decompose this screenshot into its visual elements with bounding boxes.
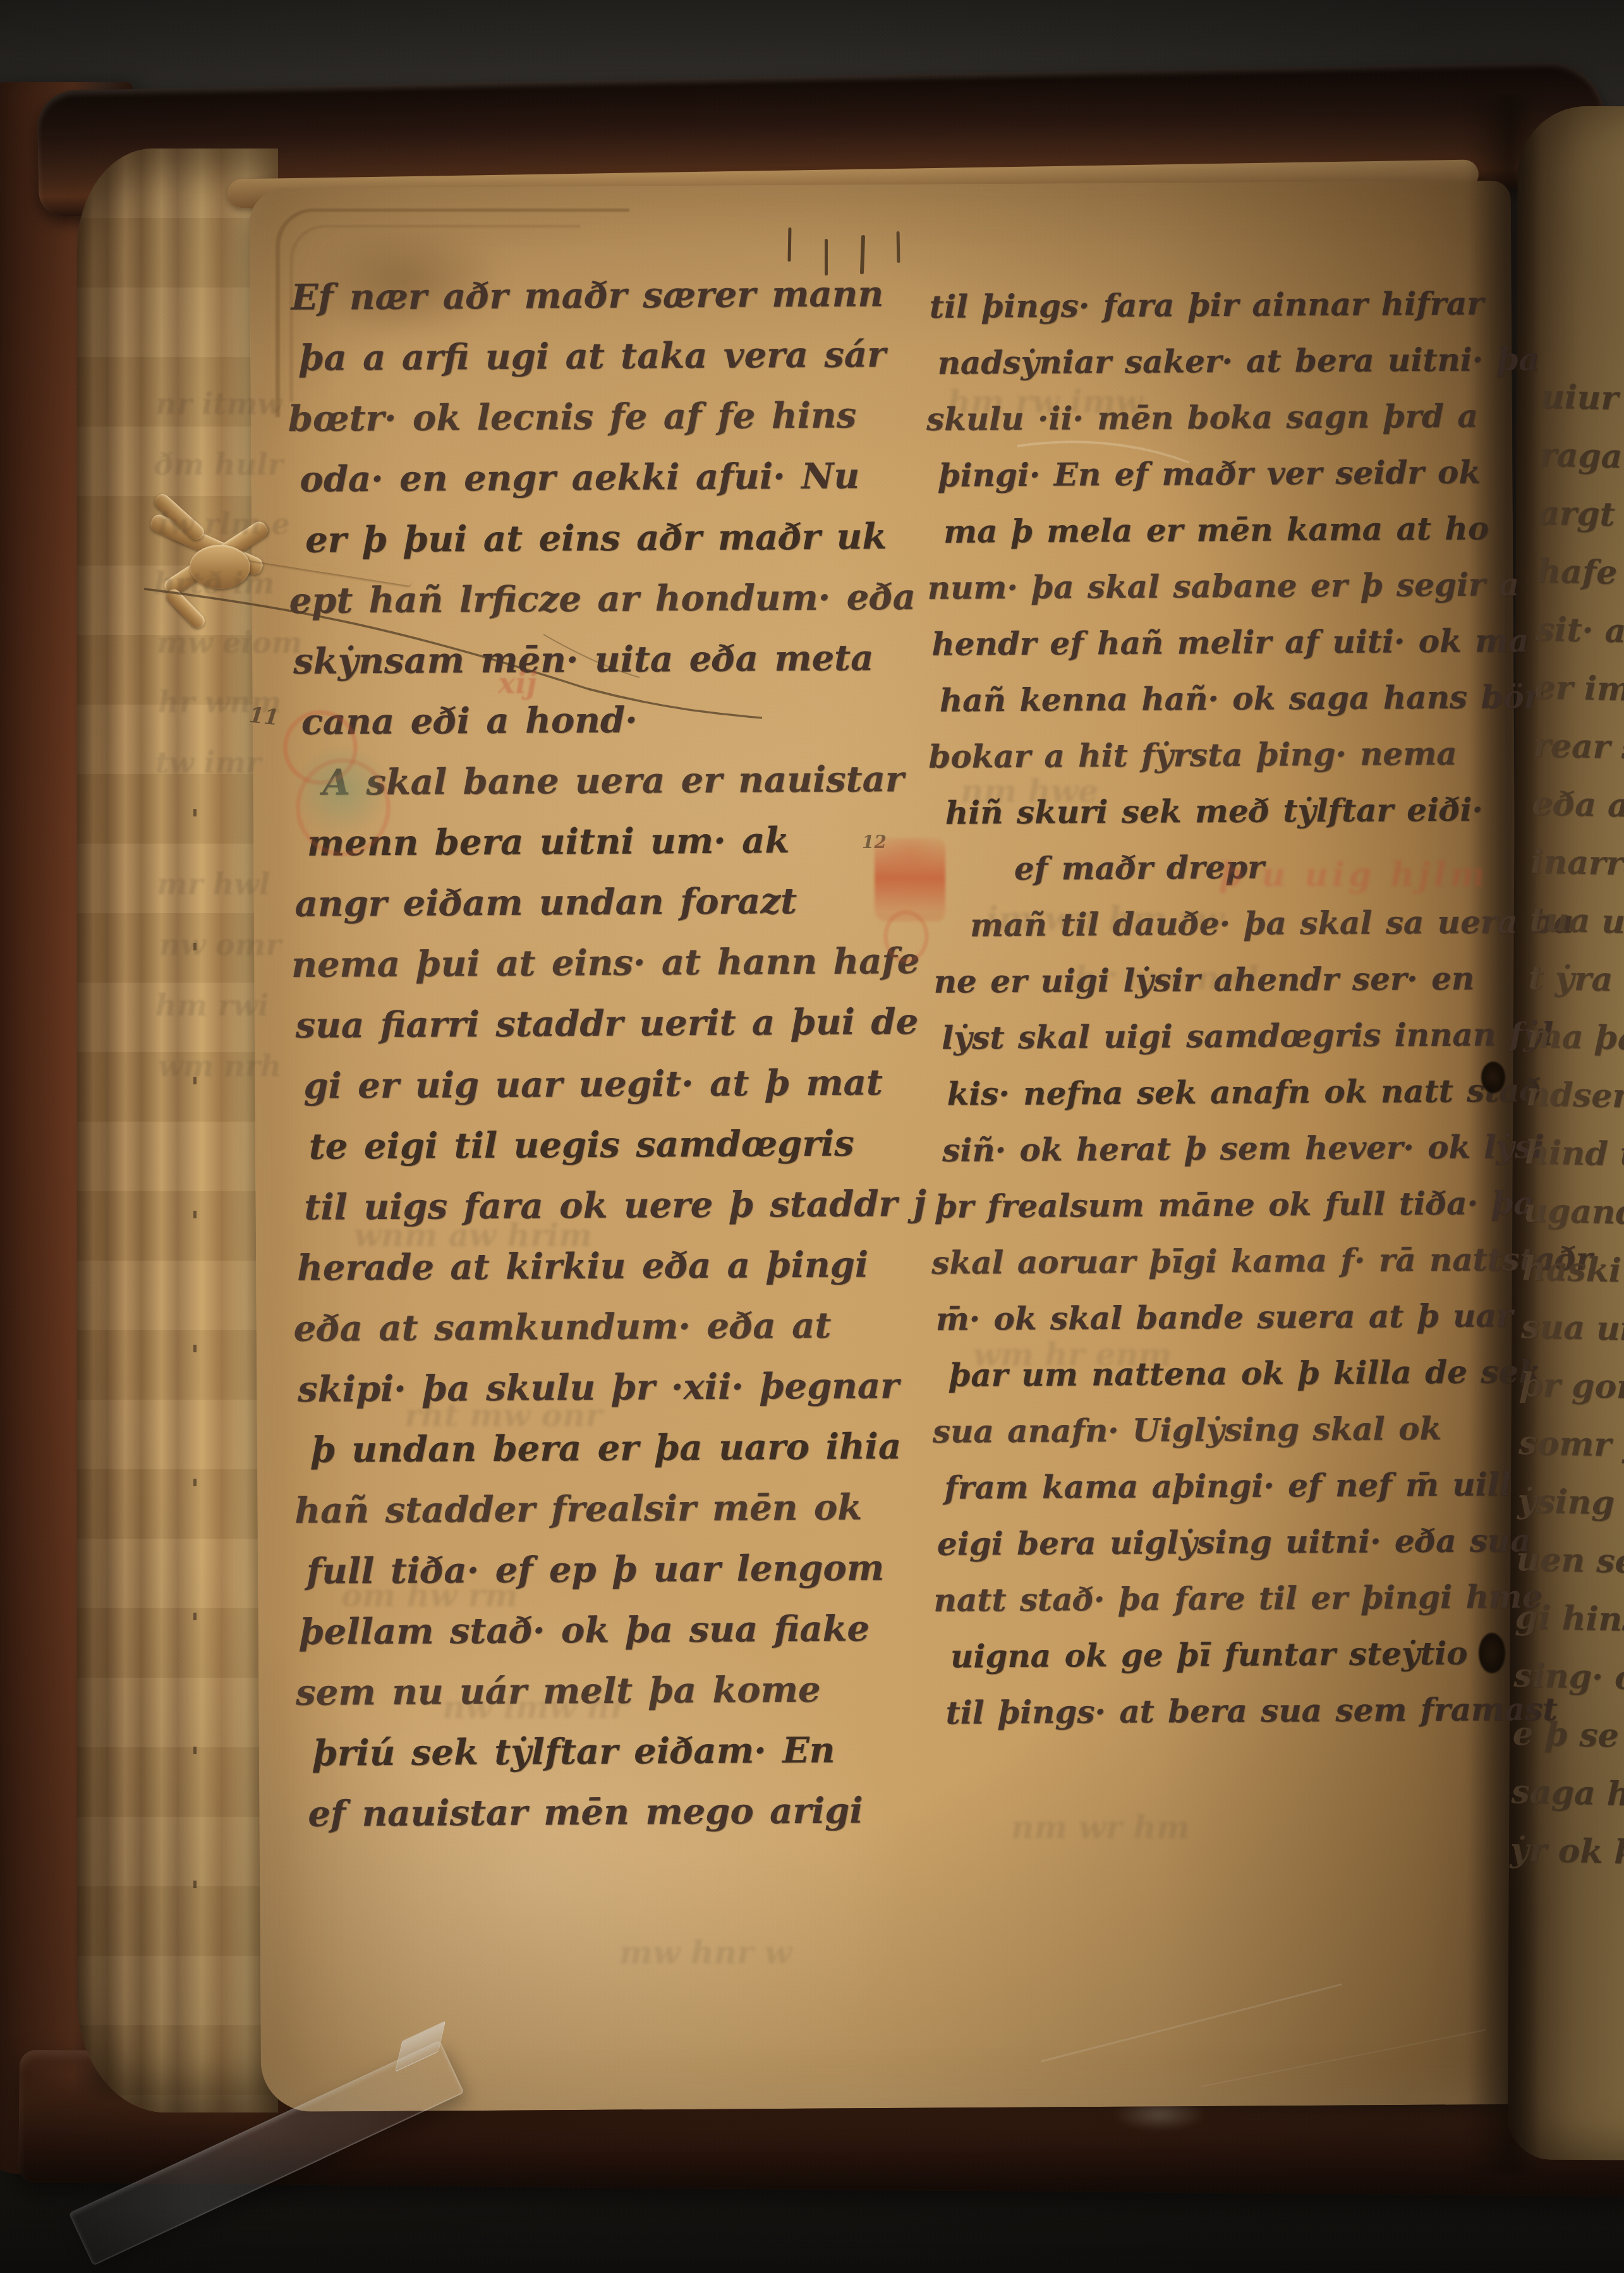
manuscript-text-line: Ef nær aðr maðr særer mann: [291, 264, 879, 328]
manuscript-text-line: ne er uigi lẏsir ahendr ser· en: [933, 950, 1503, 1009]
bleed-through-line: wm nrh: [158, 1049, 281, 1083]
manuscript-text-fragment: saga hins sara: [1511, 1763, 1620, 1824]
manuscript-text-line: skulu ·ii· mēn boka sagn þrd a: [926, 387, 1500, 447]
manuscript-text-line: nema þui at eins· at hann hafe: [291, 931, 883, 995]
manuscript-text-fragment: argt heim· gr: [1537, 484, 1624, 545]
manuscript-text-line: hañ stadder frealsir mēn ok: [294, 1477, 887, 1541]
manuscript-text-line: uigna ok ge þī funtar steẏtio: [950, 1625, 1507, 1684]
manuscript-text-fragment: uganda þr: [1523, 1182, 1624, 1242]
manuscript-text-fragment: tua um· ir: [1529, 891, 1624, 952]
manuscript-text-line: til þings· fara þir ainnar hifrar: [930, 275, 1499, 334]
manuscript-text-fragment: ndsem eða: [1525, 1065, 1624, 1126]
manuscript-photo-scene: nr itmwðm hulriw rlm ebrtð immw eiomhr w…: [0, 0, 1624, 2273]
manuscript-text-fragment: uiur þ egē tim: [1540, 368, 1624, 428]
manuscript-text-line: ept hañ lrficze ar hondum· eða: [289, 567, 881, 631]
manuscript-text-line: sua anafn· Uiglẏsing skal ok: [933, 1400, 1506, 1460]
margin-mark: [788, 227, 792, 262]
manuscript-text-line: skipi· þa skulu þr ·xii· þegnar: [298, 1355, 886, 1420]
bleed-through-line: nw omr: [159, 928, 281, 962]
manuscript-text-fragment: sit· ak skal: [1535, 600, 1624, 661]
manuscript-text-line: þriú sek tẏlftar eiðam· En: [312, 1719, 888, 1784]
manuscript-text-fragment: somr ẏram: [1518, 1414, 1624, 1475]
manuscript-text-fragment: þr gort þ: [1519, 1356, 1624, 1417]
manuscript-text-line: full tiða· ef ep þ uar lengom: [306, 1537, 887, 1602]
manuscript-text-line: kis· nefna sek anafn ok natt stað: [947, 1062, 1503, 1122]
manuscript-text-line: natt stað· þa fare til er þingi hme: [933, 1568, 1506, 1628]
manuscript-text-line: þellam stað· ok þa sua fiake: [299, 1598, 887, 1663]
manuscript-text-line: þ undan bera er þa uaro ihia: [311, 1416, 887, 1481]
manuscript-text-line: hañ kenna hañ· ok saga hans bör: [940, 669, 1501, 728]
manuscript-text-line: oda· en engr aekki afui· Nu: [300, 446, 880, 510]
bleed-through-line: nm wr hm: [1011, 1809, 1190, 1846]
manuscript-text-line: eigi bera uiglẏsing uitni· eða sua: [937, 1512, 1506, 1572]
manuscript-text-line: hendr ef hañ melir af uiti· ok ma: [931, 612, 1501, 672]
right-text-column: til þings· fara þir ainnar hifrarnadsẏni…: [930, 275, 1508, 1782]
manuscript-text-line: te eigi til uegis samdœgris: [309, 1113, 885, 1177]
bleed-through-line: mr hwl: [157, 867, 270, 901]
margin-mark: [897, 231, 900, 263]
manuscript-text-fragment: haski buw: [1522, 1240, 1624, 1300]
manuscript-text-line: þar um nattena ok þ killa de sek: [948, 1343, 1505, 1403]
manuscript-text-line: skal aoruar þīgi kama f· rā nattstaðr: [931, 1231, 1505, 1291]
manuscript-text-line: gi er uig uar uegit· at þ mat: [303, 1052, 884, 1117]
manuscript-text-line: siñ· ok herat þ sem hever· ok lẏsi: [942, 1118, 1504, 1178]
manuscript-text-line: eða at samkundum· eða at: [293, 1295, 885, 1359]
manuscript-text-line: m̄· ok skal bande suera at þ uar: [936, 1287, 1505, 1347]
manuscript-text-line: til uigs fara ok uere þ staddr j: [304, 1173, 885, 1238]
manuscript-text-fragment: ẏsing ok sa: [1517, 1472, 1624, 1533]
bleed-through-line: hm rwi: [155, 988, 269, 1022]
margin-mark: þ u uig hjlm: [1220, 856, 1489, 894]
manuscript-text-line: hiñ skuri sek með tẏlftar eiði·: [945, 781, 1502, 840]
manuscript-text-fragment: sua uigt þ: [1520, 1298, 1624, 1359]
bleed-through-line: tw imr: [155, 746, 261, 780]
manuscript-text-line: nadsẏniar saker· at bera uitni· þa: [937, 331, 1499, 391]
bleed-through-line: mw eiom: [157, 626, 302, 660]
manuscript-text-line: þingi· En ef maðr ver seidr ok: [938, 444, 1500, 503]
manuscript-text-fragment: eða arfar: [1532, 775, 1624, 835]
manuscript-text-fragment: rear skal u: [1533, 717, 1624, 777]
margin-mark: [875, 838, 945, 921]
left-text-column: Ef nær aðr maðr særer mannþa a arfi ugi …: [291, 264, 888, 1847]
margin-mark: [825, 239, 828, 276]
manuscript-text-line: þr frealsum māne ok full tiða· þa: [935, 1175, 1504, 1234]
manuscript-text-line: er þ þui at eins aðr maðr uk: [305, 506, 881, 571]
manuscript-text-fragment: ẏr ok komr þ: [1510, 1821, 1618, 1882]
margin-mark: xij: [498, 666, 537, 700]
manuscript-text-fragment: raga leẏrar· þ þá: [1539, 426, 1624, 487]
manuscript-text-line: lẏst skal uigi samdœgris innan fẏl: [942, 1006, 1503, 1065]
manuscript-text-line: angr eiðam undan forazt: [294, 870, 883, 935]
margin-mark: [1479, 1633, 1505, 1673]
manuscript-text-line: þa a arfi ugi at taka vera sár: [299, 324, 880, 389]
manuscript-text-line: num· þa skal sabane er þ segir a: [927, 556, 1500, 616]
manuscript-text-line: sem nu uár melt þa kome: [296, 1659, 888, 1723]
manuscript-text-fragment: uen sem jr: [1516, 1530, 1624, 1591]
manuscript-text-fragment: gi hins sara: [1515, 1589, 1623, 1649]
manuscript-text-fragment: t ẏra þam e: [1528, 949, 1624, 1010]
manuscript-text-fragment: e þ se ur legr: [1512, 1705, 1621, 1766]
bleed-through-line: brtð im: [154, 566, 275, 600]
manuscript-text-line: ma þ mela er mēn kama at ho: [943, 500, 1500, 559]
manuscript-text-fragment: inarra· Ef r: [1530, 833, 1624, 894]
manuscript-text-line: til þings· at bera sua sem framast: [945, 1681, 1507, 1740]
bleed-through-line: ðm hulr: [154, 447, 283, 482]
manuscript-text-line: ef nauistar mēn mego arigi: [308, 1780, 888, 1845]
manuscript-text-line: skẏnsam mēn· uita eða meta: [293, 627, 882, 692]
bleed-through-line: nr itmw: [155, 387, 282, 421]
margin-mark: [1481, 1062, 1505, 1093]
bleed-through-line: iw rlm e: [158, 507, 290, 541]
manuscript-text-line: bokar a hit fẏrsta þing· nema: [928, 725, 1501, 785]
manuscript-text-line: bœtr· ok lecnis fe af fe hins: [288, 385, 880, 449]
manuscript-text-line: herade at kirkiu eða a þingi: [297, 1234, 885, 1299]
manuscript-text-line: sua fiarri staddr uerit a þui de: [295, 991, 883, 1056]
manuscript-text-fragment: hafe halft: [1536, 542, 1624, 603]
manuscript-text-line: mañ til dauðe· þa skal sa uera ba: [930, 894, 1503, 954]
margin-mark: [883, 910, 929, 963]
manuscript-text-fragment: ma þar seẏ: [1527, 1007, 1624, 1068]
manuscript-text-fragment: sing· ok her þ: [1513, 1647, 1622, 1707]
manuscript-text-fragment: er imanu b: [1534, 658, 1624, 719]
manuscript-text-line: fram kama aþingi· ef nef m̄ uill: [944, 1456, 1506, 1515]
manuscript-text-fragment: hind uigna: [1524, 1124, 1624, 1184]
margin-mark: [276, 727, 408, 853]
bleed-through-line: mw hnr w: [619, 1934, 792, 1971]
